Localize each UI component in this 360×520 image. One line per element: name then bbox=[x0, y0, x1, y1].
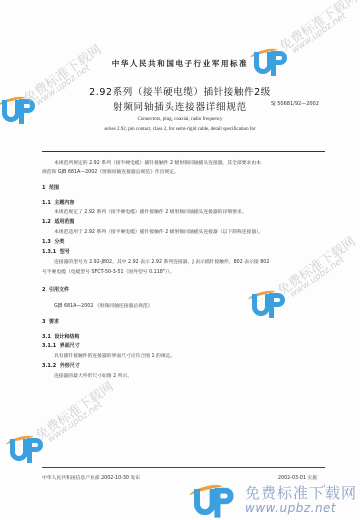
watermark-site-url: www.upbz.net bbox=[288, 255, 346, 300]
watermark-site-name: 免费标准下载网 bbox=[275, 0, 360, 55]
watermark-site-name: 免费标准下载网 bbox=[31, 376, 116, 444]
section-1-3-1-heading: 1.3.1 型号 bbox=[42, 248, 70, 255]
section-1-2-text: 本规范适用于 2.92 系列（接半硬电缆）插针接触件 2 级射频同轴插头连接器（… bbox=[54, 228, 263, 235]
watermark-site-url: www.upbz.net bbox=[46, 400, 104, 445]
standard-category: 中华人民共和国电子行业军用标准 bbox=[0, 58, 360, 69]
brand-site-name: 免费标准下载网 bbox=[245, 482, 357, 503]
section-number: 1.3.1 bbox=[42, 249, 56, 255]
section-2-heading: 2 引用文件 bbox=[42, 286, 69, 293]
section-3-heading: 3 要求 bbox=[42, 318, 59, 325]
section-number: 1 bbox=[42, 185, 45, 191]
section-number: 3.1 bbox=[42, 334, 51, 340]
section-number: 2 bbox=[42, 287, 45, 293]
up-logo-icon bbox=[10, 435, 50, 465]
watermark-site-name: 免费标准下载网 bbox=[273, 231, 358, 299]
section-number: 3.1.1 bbox=[42, 343, 56, 349]
section-title: 设计和结构 bbox=[54, 334, 79, 340]
section-3-1-2-text: 连接器的最大外形尺寸如图 2 所示。 bbox=[54, 372, 132, 379]
section-title: 分类 bbox=[54, 239, 64, 245]
brand-watermark: 免费标准下载网 www.upbz.net bbox=[190, 480, 360, 520]
section-3-1-1-text: 具有插针接触件的连接器的界面尺寸应符合图 1 的规定。 bbox=[54, 352, 175, 359]
english-title-line1: Connectors, plug, coaxial, radio frequen… bbox=[0, 117, 360, 122]
section-2-text: GJB 681A—2002 《射频同轴连接器总规范》 bbox=[54, 302, 152, 309]
section-1-1-heading: 1.1 主题内容 bbox=[42, 199, 74, 206]
brand-site-url: www.upbz.net bbox=[245, 501, 336, 515]
section-3-1-1-heading: 3.1.1 界面尺寸 bbox=[42, 342, 80, 349]
header-divider bbox=[42, 151, 325, 152]
section-number: 3.1.2 bbox=[42, 363, 56, 369]
section-title: 界面尺寸 bbox=[60, 343, 80, 349]
section-1-3-1-text-line1: 连接器的型号为 2.92-J802，其中 2.92 表示 2.92 系列连接器，… bbox=[54, 258, 269, 265]
intro-paragraph-line2: 规范和 GJB 681A—2002《射频同轴连接器总规范》作出规定。 bbox=[42, 168, 179, 175]
watermark-site-url: www.upbz.net bbox=[290, 11, 348, 56]
section-title: 主题内容 bbox=[54, 200, 74, 206]
section-title: 外形尺寸 bbox=[60, 363, 80, 369]
issuer-date: 中华人民共和国信息产业部 2002-10-30 发布 bbox=[42, 474, 140, 481]
section-number: 1.3 bbox=[42, 239, 51, 245]
up-logo-icon bbox=[194, 484, 242, 520]
effective-date: 2002-03-01 实施 bbox=[278, 474, 317, 481]
section-title: 引用文件 bbox=[49, 287, 69, 293]
section-1-1-text: 本规范规定了 2.92 系列（接半硬电缆）插针接触件 2 级射频同轴插头连接器的… bbox=[54, 208, 247, 215]
section-title: 范围 bbox=[49, 185, 59, 191]
up-logo-icon bbox=[252, 290, 292, 320]
footer-divider bbox=[42, 467, 325, 468]
section-title: 适用范围 bbox=[54, 219, 74, 225]
document-page: 中华人民共和国电子行业军用标准 2.92系列（接半硬电缆）插针接触件2级 射频同… bbox=[0, 0, 360, 520]
intro-paragraph-line1: 本规范所规定的 2.92 系列（接半硬电缆）插针接触件 2 级射频同轴插头连接器… bbox=[54, 159, 261, 166]
section-3-1-2-heading: 3.1.2 外形尺寸 bbox=[42, 362, 80, 369]
section-title: 型号 bbox=[60, 249, 70, 255]
english-title-line2: series 2.92, pin contact, class 2, for s… bbox=[0, 127, 360, 132]
section-title: 要求 bbox=[49, 319, 59, 325]
section-1-heading: 1 范围 bbox=[42, 184, 59, 191]
section-1-3-heading: 1.3 分类 bbox=[42, 238, 64, 245]
section-number: 3 bbox=[42, 319, 45, 325]
section-3-1-heading: 3.1 设计和结构 bbox=[42, 333, 79, 340]
section-number: 1.1 bbox=[42, 200, 51, 206]
section-1-3-1-text-line2: 号半硬电缆（电缆型号 SFCT-50-3-51（国外型号 0.118"））。 bbox=[42, 268, 175, 275]
document-title-line1: 2.92系列（接半硬电缆）插针接触件2级 bbox=[0, 84, 360, 98]
section-1-2-heading: 1.2 适用范围 bbox=[42, 218, 74, 225]
standard-code: SJ 50681/92—2002 bbox=[271, 101, 319, 107]
page-number: 1 bbox=[323, 484, 325, 488]
section-number: 1.2 bbox=[42, 219, 51, 225]
